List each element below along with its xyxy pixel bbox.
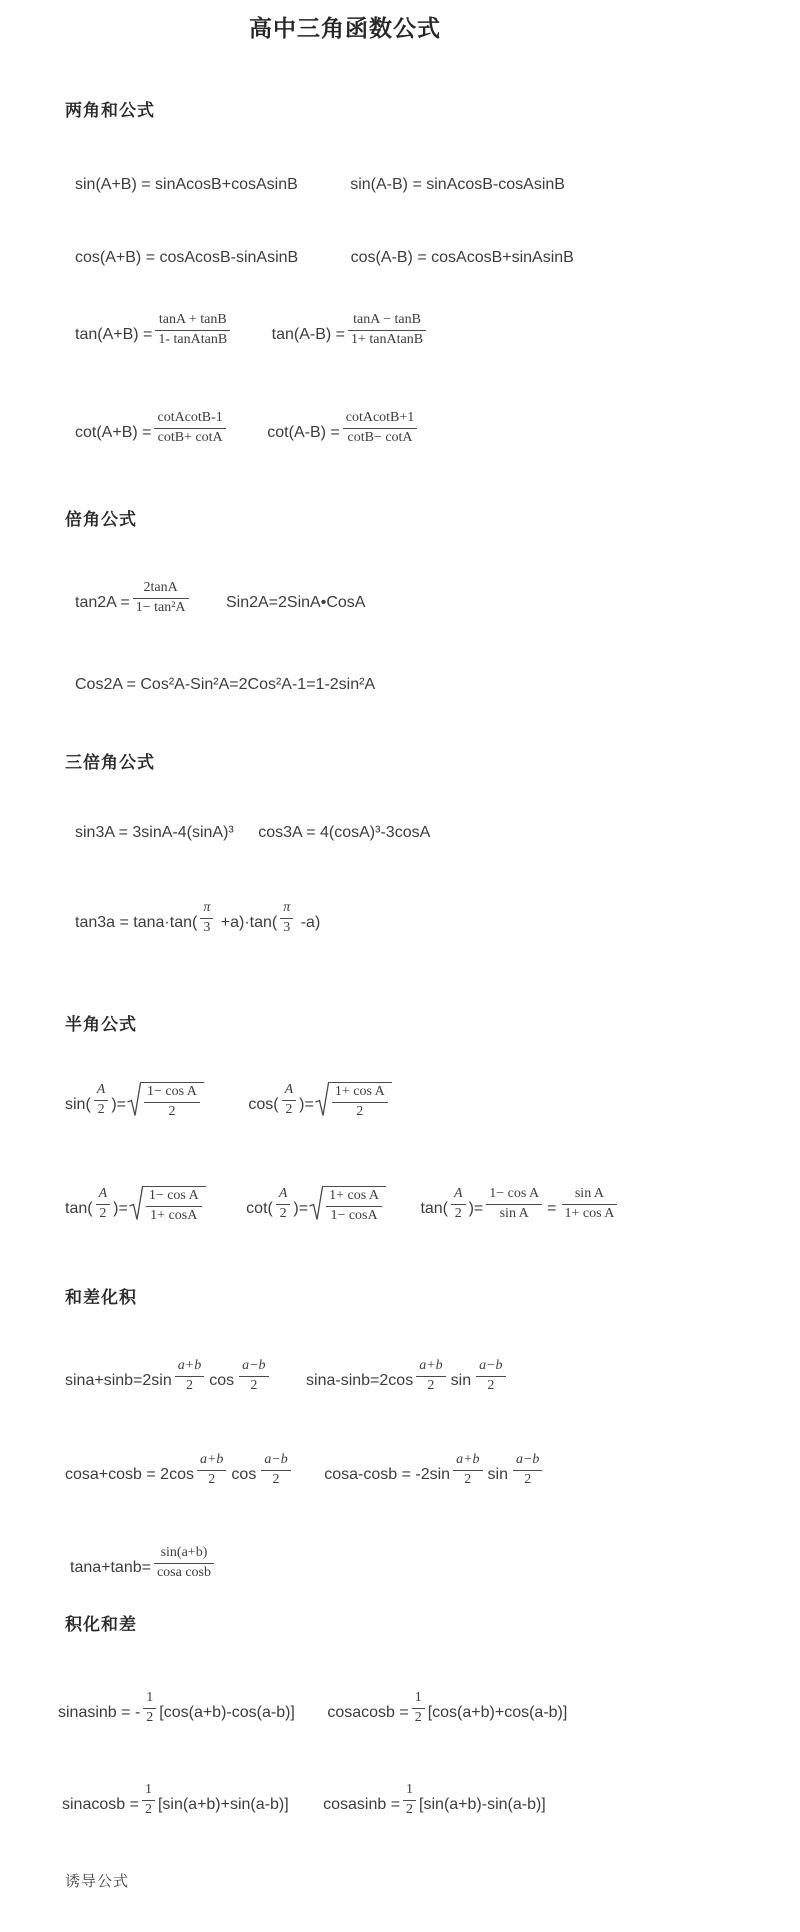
formula-tail: [cos(a+b)+cos(a-b)]: [428, 1704, 568, 1721]
formula-tan-diff: tan(A-B) =tanA − tanB1+ tanAtanB: [272, 312, 429, 349]
fraction: 1− cos A2: [144, 1084, 200, 1121]
radicand: 1+ cos A2: [328, 1082, 392, 1121]
fraction: 12: [143, 1690, 156, 1727]
numerator: cotAcotB+1: [343, 410, 418, 429]
fraction: a+b2: [197, 1452, 226, 1489]
radical-sign: [315, 1082, 329, 1118]
fraction: A2: [94, 1082, 109, 1119]
formula-lead: cosa+cosb = 2cos: [65, 1466, 194, 1483]
formula-lead: tan3a = tana·tan(: [75, 914, 197, 931]
formula-sinasinb: sinasinb = -12[cos(a+b)-cos(a-b)]: [58, 1690, 295, 1727]
numerator: π: [280, 900, 293, 919]
denominator: 2: [453, 1471, 482, 1489]
radical-sign: [129, 1186, 143, 1222]
section-heading-induction: 诱导公式: [65, 1870, 129, 1891]
denominator: 2: [476, 1377, 505, 1395]
fraction: A2: [96, 1186, 111, 1223]
formula-row: sinasinb = -12[cos(a+b)-cos(a-b)] cosaco…: [58, 1690, 567, 1727]
formula-cosa-plus-cosb: cosa+cosb = 2cosa+b2cosa−b2: [65, 1452, 294, 1489]
denominator: 1+ cos A: [562, 1205, 618, 1223]
numerator: A: [282, 1082, 297, 1101]
radicand: 1− cos A2: [140, 1082, 204, 1121]
numerator: A: [276, 1186, 291, 1205]
numerator: cotAcotB-1: [154, 410, 225, 429]
square-root: 1− cos A2: [127, 1082, 204, 1121]
square-root: 1+ cos A2: [315, 1082, 392, 1121]
formula-sin-3a: sin3A = 3sinA-4(sinA)³: [75, 820, 234, 846]
square-root: 1− cos A1+ cosA: [129, 1186, 206, 1225]
fraction: 1− cos A1+ cosA: [146, 1188, 202, 1225]
formula-cos-2a: Cos2A = Cos²A-Sin²A=2Cos²A-1=1-2sin²A: [75, 672, 375, 698]
formula-row: tan(A2)=1− cos A1+ cosA cot(A2)=1+ cos A…: [65, 1186, 620, 1225]
denominator: 2: [276, 1205, 291, 1223]
formula-lead: sinasinb = -: [58, 1704, 140, 1721]
denominator: 1+ tanAtanB: [348, 331, 426, 349]
denominator: sin A: [486, 1205, 542, 1223]
formula-lead: tan2A =: [75, 594, 130, 611]
numerator: a−b: [239, 1358, 268, 1377]
formula-cosacosb: cosacosb =12[cos(a+b)+cos(a-b)]: [327, 1690, 567, 1727]
denominator: 1− tan²A: [133, 599, 189, 617]
formula-tail: [cos(a+b)-cos(a-b)]: [159, 1704, 295, 1721]
denominator: 1− cosA: [326, 1207, 382, 1225]
numerator: 1− cos A: [144, 1084, 200, 1103]
formula-tail: [sin(a+b)+sin(a-b)]: [158, 1796, 289, 1813]
denominator: 2: [96, 1205, 111, 1223]
fraction: 1− cos Asin A: [486, 1186, 542, 1223]
formula-lead: tan(: [65, 1200, 93, 1217]
numerator: a+b: [453, 1452, 482, 1471]
formula-cosa-minus-cosb: cosa-cosb = -2sina+b2sina−b2: [324, 1452, 545, 1489]
fraction: A2: [282, 1082, 297, 1119]
formula-tail: [sin(a+b)-sin(a-b)]: [419, 1796, 546, 1813]
numerator: 1: [142, 1782, 155, 1801]
fraction: a−b2: [261, 1452, 290, 1489]
formula-end: -a): [296, 914, 320, 931]
denominator: 2: [144, 1103, 200, 1121]
formula-sin-sum: sin(A+B) = sinAcosB+cosAsinB: [75, 172, 298, 198]
formula-close: )=: [293, 1200, 308, 1217]
formula-row: sin(A2)=1− cos A2 cos(A2)=1+ cos A2: [65, 1082, 392, 1121]
denominator: 2: [416, 1377, 445, 1395]
formula-row: sina+sinb=2sina+b2cosa−b2 sina-sinb=2cos…: [65, 1358, 509, 1395]
section-heading-sum-to-product: 和差化积: [65, 1283, 137, 1308]
formula-lead: tan(: [420, 1200, 448, 1217]
formula-tan-half-sqrt: tan(A2)=1− cos A1+ cosA: [65, 1186, 206, 1225]
formula-lead: cosacosb =: [327, 1704, 408, 1721]
fraction: a+b2: [453, 1452, 482, 1489]
denominator: 2: [332, 1103, 388, 1121]
denominator: 2: [261, 1471, 290, 1489]
formula-sina-plus-sinb: sina+sinb=2sina+b2cosa−b2: [65, 1358, 272, 1395]
fraction: 1+ cos A2: [332, 1084, 388, 1121]
formula-close: )=: [469, 1200, 484, 1217]
numerator: a+b: [197, 1452, 226, 1471]
formula-sheet: 高中三角函数公式 两角和公式 sin(A+B) = sinAcosB+cosAs…: [0, 0, 800, 1932]
denominator: cosa cosb: [154, 1564, 214, 1582]
formula-lead: sina-sinb=2cos: [306, 1372, 413, 1389]
formula-lead: cosasinb =: [323, 1796, 400, 1813]
formula-row: tan(A+B) =tanA + tanB1- tanAtanB tan(A-B…: [75, 312, 429, 349]
formula-lead: cos(: [248, 1096, 278, 1113]
fraction: sin(a+b)cosa cosb: [154, 1545, 214, 1582]
denominator: 1+ cosA: [146, 1207, 202, 1225]
formula-row: cosa+cosb = 2cosa+b2cosa−b2 cosa-cosb = …: [65, 1452, 545, 1489]
denominator: 2: [175, 1377, 204, 1395]
numerator: 1− cos A: [486, 1186, 542, 1205]
fraction: tanA − tanB1+ tanAtanB: [348, 312, 426, 349]
fraction: tanA + tanB1- tanAtanB: [155, 312, 230, 349]
fraction: 1+ cos A1− cosA: [326, 1188, 382, 1225]
denominator: 2: [513, 1471, 542, 1489]
denominator: 2: [94, 1101, 109, 1119]
formula-row: sin3A = 3sinA-4(sinA)³ cos3A = 4(cosA)³-…: [75, 820, 430, 846]
numerator: 1− cos A: [146, 1188, 202, 1207]
numerator: 1+ cos A: [332, 1084, 388, 1103]
fraction: A2: [276, 1186, 291, 1223]
numerator: 1+ cos A: [326, 1188, 382, 1207]
formula-cos-diff: cos(A-B) = cosAcosB+sinAsinB: [351, 245, 574, 271]
formula-row: tana+tanb=sin(a+b)cosa cosb: [70, 1545, 217, 1582]
fraction: sin A1+ cos A: [562, 1186, 618, 1223]
denominator: 2: [142, 1801, 155, 1819]
formula-sin-2a: Sin2A=2SinA•CosA: [226, 590, 365, 616]
fraction: 12: [142, 1782, 155, 1819]
formula-cos-3a: cos3A = 4(cosA)³-3cosA: [258, 820, 430, 846]
formula-row: tan3a = tana·tan(π3 +a)·tan(π3 -a): [75, 900, 320, 937]
numerator: 2tanA: [133, 580, 189, 599]
numerator: a−b: [261, 1452, 290, 1471]
formula-tan-2a: tan2A =2tanA1− tan²A: [75, 580, 192, 617]
fraction: 12: [412, 1690, 425, 1727]
formula-lead: sina+sinb=2sin: [65, 1372, 172, 1389]
radicand: 1+ cos A1− cosA: [322, 1186, 386, 1225]
denominator: 2: [403, 1801, 416, 1819]
fraction: a−b2: [476, 1358, 505, 1395]
section-heading-two-angle-sum: 两角和公式: [65, 96, 155, 121]
section-heading-double-angle: 倍角公式: [65, 505, 137, 530]
section-heading-product-to-sum: 积化和差: [65, 1610, 137, 1635]
formula-tan-sum: tan(A+B) =tanA + tanB1- tanAtanB: [75, 312, 233, 349]
formula-lead: sin(: [65, 1096, 91, 1113]
denominator: 1- tanAtanB: [155, 331, 230, 349]
formula-row: tan2A =2tanA1− tan²A Sin2A=2SinA•CosA: [75, 580, 365, 617]
formula-sin-diff: sin(A-B) = sinAcosB-cosAsinB: [350, 172, 565, 198]
denominator: 2: [412, 1709, 425, 1727]
formula-close: )=: [111, 1096, 126, 1113]
fraction: a−b2: [513, 1452, 542, 1489]
formula-close: )=: [113, 1200, 128, 1217]
numerator: tanA − tanB: [348, 312, 426, 331]
fraction: a+b2: [416, 1358, 445, 1395]
formula-sina-minus-sinb: sina-sinb=2cosa+b2sina−b2: [306, 1358, 509, 1395]
numerator: a+b: [416, 1358, 445, 1377]
fraction: a−b2: [239, 1358, 268, 1395]
radical-sign: [309, 1186, 323, 1222]
fraction: 2tanA1− tan²A: [133, 580, 189, 617]
numerator: sin(a+b): [154, 1545, 214, 1564]
equals-sign: =: [547, 1200, 556, 1217]
square-root: 1+ cos A1− cosA: [309, 1186, 386, 1225]
numerator: 1: [403, 1782, 416, 1801]
fraction: A2: [451, 1186, 466, 1223]
numerator: A: [451, 1186, 466, 1205]
formula-mid: sin: [488, 1466, 508, 1483]
formula-cot-half-sqrt: cot(A2)=1+ cos A1− cosA: [246, 1186, 386, 1225]
formula-tan-half-ratio: tan(A2)=1− cos Asin A=sin A1+ cos A: [420, 1186, 620, 1223]
radical-sign: [127, 1082, 141, 1118]
denominator: 2: [197, 1471, 226, 1489]
fraction: π3: [200, 900, 213, 937]
numerator: a+b: [175, 1358, 204, 1377]
formula-row: Cos2A = Cos²A-Sin²A=2Cos²A-1=1-2sin²A: [75, 672, 375, 698]
formula-mid: +a)·tan(: [216, 914, 277, 931]
denominator: 2: [282, 1101, 297, 1119]
formula-lead: cosa-cosb = -2sin: [324, 1466, 450, 1483]
formula-cot-diff: cot(A-B) =cotAcotB+1cotB− cotA: [267, 410, 420, 447]
numerator: a−b: [513, 1452, 542, 1471]
page-title: 高中三角函数公式: [0, 10, 690, 43]
formula-lead: tana+tanb=: [70, 1559, 151, 1576]
numerator: sin A: [562, 1186, 618, 1205]
formula-cos-sum: cos(A+B) = cosAcosB-sinAsinB: [75, 245, 298, 271]
formula-close: )=: [299, 1096, 314, 1113]
formula-mid: cos: [209, 1372, 234, 1389]
formula-row: cot(A+B) =cotAcotB-1cotB+ cotA cot(A-B) …: [75, 410, 420, 447]
formula-cos-half: cos(A2)=1+ cos A2: [248, 1082, 391, 1121]
formula-cosasinb: cosasinb =12[sin(a+b)-sin(a-b)]: [323, 1782, 546, 1819]
radicand: 1− cos A1+ cosA: [142, 1186, 206, 1225]
denominator: 2: [143, 1709, 156, 1727]
numerator: A: [94, 1082, 109, 1101]
formula-row: sin(A+B) = sinAcosB+cosAsinB sin(A-B) = …: [75, 172, 565, 198]
numerator: 1: [412, 1690, 425, 1709]
fraction: 12: [403, 1782, 416, 1819]
section-heading-half-angle: 半角公式: [65, 1010, 137, 1035]
formula-mid: cos: [231, 1466, 256, 1483]
fraction: π3: [280, 900, 293, 937]
numerator: tanA + tanB: [155, 312, 230, 331]
numerator: a−b: [476, 1358, 505, 1377]
section-heading-triple-angle: 三倍角公式: [65, 748, 155, 773]
formula-sin-half: sin(A2)=1− cos A2: [65, 1082, 204, 1121]
formula-mid: sin: [451, 1372, 471, 1389]
formula-row: cos(A+B) = cosAcosB-sinAsinB cos(A-B) = …: [75, 245, 574, 271]
denominator: cotB− cotA: [343, 429, 418, 447]
formula-lead: tan(A-B) =: [272, 326, 345, 343]
fraction: a+b2: [175, 1358, 204, 1395]
formula-cot-sum: cot(A+B) =cotAcotB-1cotB+ cotA: [75, 410, 229, 447]
denominator: cotB+ cotA: [154, 429, 225, 447]
fraction: cotAcotB-1cotB+ cotA: [154, 410, 225, 447]
formula-lead: cot(A+B) =: [75, 424, 151, 441]
formula-lead: sinacosb =: [62, 1796, 139, 1813]
formula-tan-3a: tan3a = tana·tan(π3 +a)·tan(π3 -a): [75, 900, 320, 937]
formula-sinacosb: sinacosb =12[sin(a+b)+sin(a-b)]: [62, 1782, 289, 1819]
numerator: 1: [143, 1690, 156, 1709]
formula-lead: tan(A+B) =: [75, 326, 152, 343]
formula-tana-plus-tanb: tana+tanb=sin(a+b)cosa cosb: [70, 1545, 217, 1582]
formula-lead: cot(A-B) =: [267, 424, 339, 441]
numerator: π: [200, 900, 213, 919]
denominator: 2: [239, 1377, 268, 1395]
formula-lead: cot(: [246, 1200, 273, 1217]
denominator: 3: [200, 919, 213, 937]
fraction: cotAcotB+1cotB− cotA: [343, 410, 418, 447]
formula-row: sinacosb =12[sin(a+b)+sin(a-b)] cosasinb…: [62, 1782, 546, 1819]
numerator: A: [96, 1186, 111, 1205]
denominator: 2: [451, 1205, 466, 1223]
denominator: 3: [280, 919, 293, 937]
